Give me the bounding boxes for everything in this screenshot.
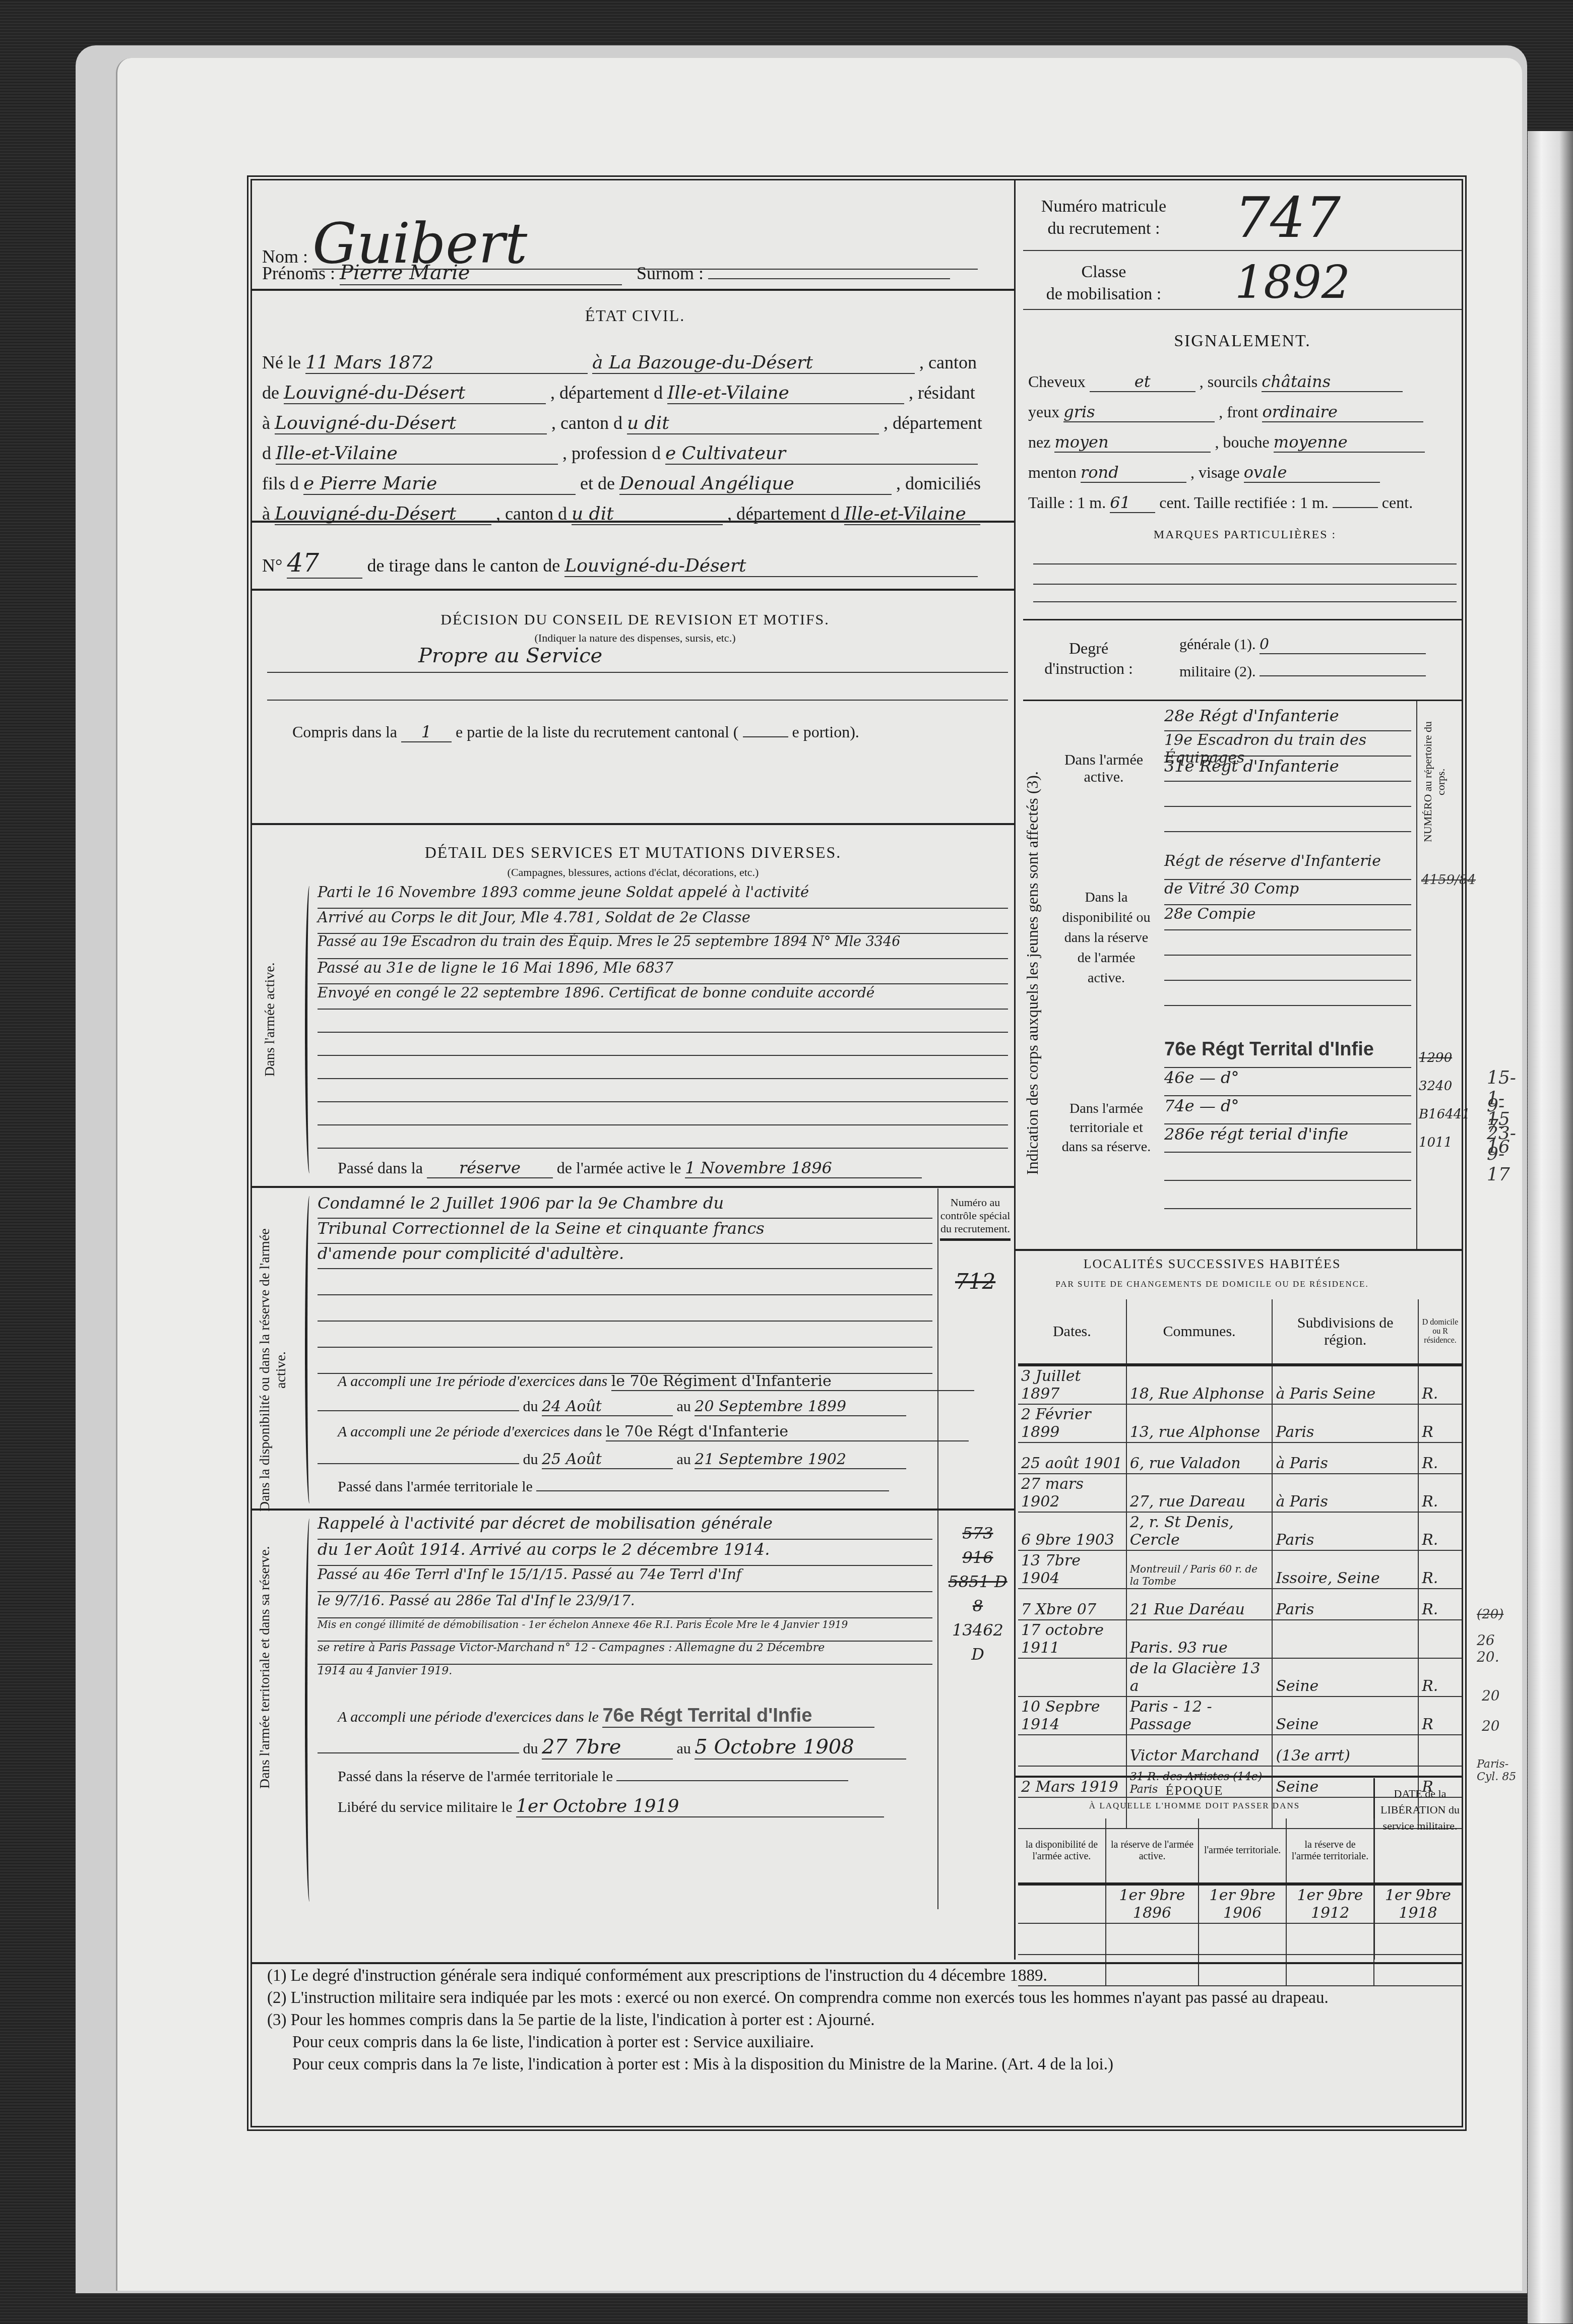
row-commune: 6, rue Valadon [1126,1442,1273,1474]
epoque-liberation: 1er 9bre 1918 [1374,1884,1462,1923]
row-dr [1418,1620,1462,1658]
ne-le-label: Né le [262,352,301,372]
service-line[interactable]: Envoyé en congé le 22 septembre 1896. Ce… [318,984,1008,1010]
d-label: d [262,443,271,463]
periode1-au-field[interactable]: 20 Septembre 1899 [695,1398,906,1416]
corps-affectes-side-label: Indication des corps auxquels les jeunes… [1023,716,1048,1230]
row-dr: R [1418,1404,1462,1442]
passe-reserve-field[interactable]: réserve [427,1158,553,1178]
localite-margin-note: 20 [1482,1687,1500,1704]
visage-label: , visage [1190,463,1240,481]
classe-label-1: Classe [1028,261,1179,283]
rule-services-active [252,1186,1014,1188]
localite-margin-note: Paris-Cyl. 85 [1477,1758,1522,1783]
controle-value: 8 [945,1594,1011,1618]
epoque-row[interactable]: 1er 9bre 1896 1er 9bre 1906 1er 9bre 191… [1018,1884,1462,1923]
corps-dispo-label: Dans la disponibilité ou dans la réserve… [1058,888,1154,988]
epoque-col: la réserve de l'armée active. [1106,1818,1199,1884]
surnom-label: Surnom : [637,263,704,283]
row-commune: de la Glacière 13 a [1126,1658,1273,1697]
mother-field[interactable]: Denoual Angélique [619,473,892,495]
row-date: 10 Sepbre 1914 [1018,1697,1126,1735]
sourcils-field[interactable]: châtains [1262,372,1403,392]
passe-territoriale-field[interactable] [536,1490,889,1491]
row-subdivision [1272,1620,1418,1658]
row-date: 2 Février 1899 [1018,1404,1126,1442]
conseil-line-2 [267,700,1008,701]
row-commune: 2, r. St Denis, Cercle [1126,1512,1273,1550]
column-divider-lower [1014,1249,1016,1960]
row-date: 17 octobre 1911 [1018,1620,1126,1658]
terr-line[interactable]: Passé au 46e Terrl d'Inf le 15/1/15. Pas… [318,1566,932,1592]
rule-services-dispo [252,1509,1014,1511]
localites-section: LOCALITÉS SUCCESSIVES HABITÉES PAR SUITE… [1018,1251,1467,1776]
surnom-field[interactable] [708,278,950,279]
row-subdivision: Seine [1272,1658,1418,1697]
epoque-section: ÉPOQUE À LAQUELLE L'HOMME DOIT PASSER DA… [1018,1778,1462,1960]
de-label: de [262,383,279,403]
corps-affectes-section: Indication des corps auxquels les jeunes… [1023,700,1462,1249]
localites-subtitle: PAR SUITE DE CHANGEMENTS DE DOMICILE OU … [1018,1279,1406,1289]
row-dr: R. [1418,1365,1462,1404]
yeux-label: yeux [1028,403,1059,421]
corps-terr-number: B16441 [1419,1100,1464,1128]
identity-block: Nom : Guibert Prénoms : Pierre Marie Sur… [262,191,1018,286]
corps-active-entry[interactable] [1164,807,1411,832]
passe-reserve-date-field[interactable]: 1 Novembre 1896 [685,1158,922,1178]
epoque-territoriale: 1er 9bre 1906 [1199,1884,1286,1923]
bouche-field[interactable]: moyenne [1274,432,1425,453]
row-dr: R. [1418,1474,1462,1512]
row-dr [1418,1735,1462,1766]
birth-canton-field[interactable]: Louvigné-du-Désert [284,383,546,404]
row-commune: Montreuil / Paris 60 r. de la Tombe [1126,1550,1273,1589]
epoque-col: l'armée territoriale. [1199,1818,1286,1884]
footnote: (1) Le degré d'instruction générale sera… [267,1965,1457,1987]
row-date [1018,1658,1126,1697]
periode1-label: A accompli une 1re période d'exercices d… [338,1373,607,1390]
instruction-militaire-field[interactable] [1260,675,1426,676]
footnote: (2) L'instruction militaire sera indiqué… [267,1987,1457,2009]
service-line[interactable]: Passé au 19e Escadron du train des Équip… [318,934,1008,959]
terr-date-note: 23-9-17 [1487,1123,1516,1185]
corps-terr-entry[interactable]: 76e Régt Territal d'Infie [1164,1039,1411,1068]
matricule-field[interactable]: 747 [1235,185,1341,250]
birth-place-field[interactable]: à La Bazouge-du-Désert [592,352,915,374]
controle-value: 5851 D [945,1569,1011,1594]
epoque-table: la disponibilité de l'armée active. la r… [1018,1818,1462,1986]
row-subdivision: à Paris [1272,1442,1418,1474]
row-subdivision: Seine [1272,1697,1418,1735]
tirage-label: de tirage dans le canton de [367,555,560,576]
col-communes: Communes. [1126,1299,1273,1365]
table-row[interactable]: 6 9bre 19032, r. St Denis, CercleParisR. [1018,1512,1462,1550]
table-row[interactable]: Victor Marchand(13e arrt) [1018,1735,1462,1766]
periode2-corps-field[interactable]: le 70e Régt d'Infanterie [606,1423,969,1441]
services-active-side-label: Dans l'armée active. [262,906,287,1133]
row-commune: Paris. 93 rue [1126,1620,1273,1658]
corps-active-entry[interactable]: 19e Escadron du train des Équipages [1164,731,1411,757]
periode3-au-label: au [677,1740,691,1757]
services-active-lines: Parti le 16 Novembre 1893 comme jeune So… [318,884,1008,1149]
row-dr: R. [1418,1550,1462,1589]
signalement-section: Cheveux et , sourcils châtains yeux gris… [1028,362,1462,634]
epoque-subtitle: À LAQUELLE L'HOMME DOIT PASSER DANS [1018,1801,1371,1811]
services-dispo-side-label: Dans la disponibilité ou dans la réserve… [257,1214,302,1526]
row-subdivision: Paris [1272,1404,1418,1442]
menton-label: menton [1028,463,1077,481]
residence-field[interactable]: Louvigné-du-Désert [275,413,547,434]
dispo-line[interactable]: d'amende pour complicité d'adultère. [318,1244,932,1269]
periode2-blank [318,1463,519,1464]
instruction-generale-label: générale (1). [1179,636,1256,653]
corps-active-entry[interactable]: 28e Régt d'Infanterie [1164,706,1411,731]
periode2-label: A accompli une 2e période d'exercices da… [338,1423,602,1440]
table-row[interactable]: 27 mars 190227, rue Dareauà ParisR. [1018,1474,1462,1512]
epoque-row[interactable] [1018,1923,1462,1955]
residant-label: , résidant [909,383,975,403]
corps-terr-entry[interactable] [1164,1181,1411,1209]
compris-label-3: e portion). [792,723,859,741]
father-field[interactable]: e Pierre Marie [303,473,576,495]
residant-a-label: à [262,413,270,433]
cheveux-field[interactable]: et [1090,372,1196,392]
taille-label: Taille : 1 m. [1028,493,1106,512]
matricule-form: Nom : Guibert Prénoms : Pierre Marie Sur… [247,175,1467,2131]
services-dispo-lines: Condamné le 2 Juillet 1906 par la 9e Cha… [318,1194,932,1374]
col-dates: Dates. [1018,1299,1126,1365]
numero-column-divider [1416,701,1417,1249]
terr-line[interactable]: le 9/7/16. Passé au 286e Tal d'Inf le 23… [318,1592,932,1618]
periode3-du-field[interactable]: 27 7bre [542,1735,673,1760]
service-line[interactable]: Parti le 16 Novembre 1893 comme jeune So… [318,884,1008,909]
passe-reserve-label: Passé dans la [338,1159,423,1177]
signalement-title: SIGNALEMENT. [1023,332,1462,351]
corps-terr-entries: 76e Régt Territal d'Infie 46e — d° 74e —… [1164,1039,1411,1209]
etat-civil-section: ÉTAT CIVIL. Né le 11 Mars 1872 à La Bazo… [262,296,1008,513]
fils-de-label: fils d [262,473,299,493]
row-date: 3 Juillet 1897 [1018,1365,1126,1404]
corps-terr-entry[interactable] [1164,1153,1411,1181]
instruction-generale-field[interactable]: 0 [1260,636,1426,654]
instruction-label-1: Degré [1038,638,1139,658]
periode2-du-label: du [523,1451,538,1468]
tirage-section: N° 47 de tirage dans le canton de Louvig… [262,528,1008,589]
corps-terr-number: 1011 [1419,1128,1464,1157]
corps-active-entry[interactable]: 31e Régt d'Infanterie [1164,757,1411,782]
rule-corps [1014,1249,1462,1251]
row-subdivision: à Paris Seine [1272,1365,1418,1404]
service-line[interactable]: Arrivé au Corps le dit Jour, Mle 4.781, … [318,909,1008,934]
visage-field[interactable]: ovale [1244,463,1380,483]
dispo-line[interactable] [318,1269,932,1295]
table-row[interactable]: 2 Février 189913, rue AlphonseParisR [1018,1404,1462,1442]
compris-label-2: e partie de la liste du recrutement cant… [456,723,739,741]
instruction-militaire-label: militaire (2). [1179,663,1256,680]
terr-line[interactable]: 1914 au 4 Janvier 1919. [318,1665,932,1685]
taille-rectifiee-label: cent. Taille rectifiée : 1 m. [1159,493,1329,512]
row-dr: R. [1418,1658,1462,1697]
terr-line[interactable]: du 1er Août 1914. Arrivé au corps le 2 d… [318,1540,932,1566]
row-date [1018,1735,1126,1766]
service-line[interactable]: Passé au 31e de ligne le 16 Mai 1896, Ml… [318,959,1008,984]
services-title: DÉTAIL DES SERVICES ET MUTATIONS DIVERSE… [252,843,1014,862]
periode2-au-field[interactable]: 21 Septembre 1902 [695,1451,906,1469]
services-dispo-brace [305,1196,314,1503]
epoque-reserve-territoriale: 1er 9bre 1912 [1286,1884,1374,1923]
localite-margin-note: 20 [1482,1718,1500,1734]
controle-value: 573 [945,1521,1011,1545]
footnote: (3) Pour les hommes compris dans la 5e p… [267,2009,1457,2031]
corps-terr-entry[interactable]: 46e — d° [1164,1068,1411,1096]
service-line[interactable] [318,1125,1008,1149]
corps-dispo-entry[interactable]: Régt de réserve d'Infanterie [1164,852,1411,880]
table-row[interactable]: 13 7bre 1904Montreuil / Paris 60 r. de l… [1018,1550,1462,1589]
libere-field[interactable]: 1er Octobre 1919 [516,1796,884,1817]
rule-tirage [252,589,1014,591]
conseil-line-1 [267,672,1008,673]
row-commune: 18, Rue Alphonse [1126,1365,1273,1404]
footnote: Pour ceux compris dans la 6e liste, l'in… [267,2031,1457,2053]
periode3-du-label: du [523,1740,538,1757]
tirage-number-field[interactable]: 47 [287,548,362,579]
rule-conseil [252,823,1014,825]
nez-field[interactable]: moyen [1054,432,1211,453]
passe-territoriale-label: Passé dans l'armée territoriale le [338,1478,533,1495]
departement2-label: , département [884,413,982,433]
row-date: 25 août 1901 [1018,1442,1126,1474]
periode3-au-field[interactable]: 5 Octobre 1908 [695,1735,906,1760]
tirage-canton-field[interactable]: Louvigné-du-Désert [564,555,978,577]
taille-field[interactable]: 61 [1110,493,1155,513]
residence-canton-field[interactable]: u dit [627,413,879,434]
corps-terr-entry[interactable]: 286e régt terial d'infie [1164,1124,1411,1153]
epoque-reserve-active: 1er 9bre 1896 [1106,1884,1199,1923]
marques-line-1[interactable] [1033,563,1457,564]
yeux-field[interactable]: gris [1063,402,1215,422]
row-dr: R. [1418,1512,1462,1550]
tirage-no-label: N° [262,555,282,576]
table-row[interactable]: 10 Sepbre 1914Paris - 12 - PassageSeineR [1018,1697,1462,1735]
marques-title: MARQUES PARTICULIÈRES : [1028,528,1462,542]
birth-departement-field[interactable]: Ille-et-Vilaine [667,383,904,404]
rule-header [252,289,1014,291]
row-subdivision: à Paris [1272,1474,1418,1512]
service-line[interactable] [318,1056,1008,1079]
conseil-decision-field[interactable]: Propre au Service [418,644,602,667]
footnotes: (1) Le degré d'instruction générale sera… [267,1965,1457,2076]
libere-label: Libéré du service militaire le [338,1799,513,1815]
row-commune: 21 Rue Daréau [1126,1589,1273,1620]
periode2-du-field[interactable]: 25 Août [542,1451,673,1469]
services-subtitle: (Campagnes, blessures, actions d'éclat, … [252,866,1014,879]
sourcils-label: , sourcils [1200,372,1258,391]
service-line[interactable] [318,1102,1008,1125]
dispo-line[interactable] [318,1322,932,1348]
marques-line-2[interactable] [1033,584,1457,585]
periode1-blank [318,1410,519,1411]
terr-line[interactable]: se retire à Paris Passage Victor-Marchan… [318,1642,932,1665]
services-terr-brace [305,1519,314,1902]
front-field[interactable]: ordinaire [1262,402,1423,422]
localites-table-wrap: Dates. Communes. Subdivisions de région.… [1018,1299,1462,1829]
row-date: 6 9bre 1903 [1018,1512,1126,1550]
services-section: DÉTAIL DES SERVICES ET MUTATIONS DIVERSE… [252,831,1014,1965]
services-terr-lines: Rappelé à l'activité par décret de mobil… [318,1514,932,1685]
prenoms-label: Prénoms : [262,263,335,283]
departement-label: , département d [550,383,663,403]
controle-column-divider [937,1188,938,1909]
table-row[interactable]: 7 Xbre 0721 Rue DaréauParisR. [1018,1589,1462,1620]
portion-field[interactable] [743,736,788,737]
service-line[interactable] [318,1079,1008,1102]
prenoms-field[interactable]: Pierre Marie [340,261,622,285]
cent-label: cent. [1382,493,1413,512]
services-terr-side-label: Dans l'armée territoriale et dans sa rés… [257,1526,302,1808]
row-commune: 13, rue Alphonse [1126,1404,1273,1442]
col-subdivisions: Subdivisions de région. [1272,1299,1418,1365]
row-dr: R. [1418,1589,1462,1620]
row-date: 7 Xbre 07 [1018,1589,1126,1620]
conseil-title: DÉCISION DU CONSEIL DE REVISION ET MOTIF… [262,611,1008,629]
controle-header: Numéro au contrôle spécial du recrutemen… [940,1196,1011,1241]
row-date: 27 mars 1902 [1018,1474,1126,1512]
conseil-subtitle: (Indiquer la nature des dispenses, sursi… [262,632,1008,645]
numero-repertoire-header: NUMÉRO au répertoire du corps. [1421,711,1457,852]
canton-label: , canton [919,352,977,372]
epoque-disponibilite [1018,1884,1106,1923]
profession-field[interactable]: e Cultivateur [665,443,978,465]
corps-dispo-entry-text: de Vitré 30 Comp [1164,880,1299,898]
dispo-line[interactable]: Tribunal Correctionnel de la Seine et ci… [318,1219,932,1244]
row-subdivision: Paris [1272,1589,1418,1620]
periode1-du-field[interactable]: 24 Août [542,1398,673,1416]
service-line[interactable] [318,1033,1008,1056]
periode3-label: A accompli une période d'exercices dans … [338,1709,599,1725]
corps-dispo-entry[interactable]: 28e Compie [1164,905,1411,930]
compris-partie-field[interactable]: 1 [401,722,452,742]
canton2-label: , canton d [551,413,622,433]
row-subdivision: Issoire, Seine [1272,1550,1418,1589]
profession-label: , profession d [562,443,661,463]
dispo-line[interactable] [318,1295,932,1322]
periode1-au-label: au [677,1398,691,1415]
corps-dispo-entry[interactable]: de Vitré 30 Comp [1164,880,1411,905]
bouche-label: , bouche [1215,433,1269,451]
domicilies-label: , domiciliés [896,473,981,493]
terr-line[interactable]: Rappelé à l'activité par décret de mobil… [318,1514,932,1540]
localite-margin-note: (20) [1477,1607,1503,1622]
column-divider [1014,180,1016,1249]
service-line[interactable] [318,1010,1008,1033]
controle-values-terr: 573 916 5851 D 8 13462 D [945,1521,1011,1666]
periode3-corps-field[interactable]: 76e Régt Territal d'Infie [602,1705,874,1728]
table-row[interactable]: 17 octobre 1911Paris. 93 rue [1018,1620,1462,1658]
taille-rectifiee-field[interactable] [1333,507,1378,508]
row-subdivision: (13e arrt) [1272,1735,1418,1766]
corps-dispo-entries: Régt de réserve d'Infanterie de Vitré 30… [1164,852,1411,1006]
periode2-au-label: au [677,1451,691,1468]
footnote: Pour ceux compris dans la 7e liste, l'in… [267,2053,1457,2076]
matricule-label-1: Numéro matricule [1028,196,1179,218]
col-domicile-residence: D domicile ou R résidence. [1418,1299,1462,1365]
matricule-block: Numéro matricule du recrutement : 747 Cl… [1023,185,1462,357]
residence-departement-field[interactable]: Ille-et-Vilaine [276,443,558,465]
row-subdivision: Paris [1272,1512,1418,1550]
corps-dispo-number: 4159/84 [1421,872,1476,888]
row-dr: R. [1418,1442,1462,1474]
controle-value: 13462 D [945,1618,1011,1666]
classe-field[interactable]: 1892 [1235,256,1350,309]
corps-dispo-entry[interactable] [1164,930,1411,956]
rule-localites [1014,1776,1462,1778]
controle-value: 916 [945,1545,1011,1569]
epoque-col-liberation [1374,1818,1462,1884]
table-row[interactable]: 3 Juillet 189718, Rue Alphonseà Paris Se… [1018,1365,1462,1404]
matricule-label-2: du recrutement : [1028,218,1179,240]
row-commune: 27, rue Dareau [1126,1474,1273,1512]
corps-active-entries: 28e Régt d'Infanterie 19e Escadron du tr… [1164,706,1411,832]
terr-line[interactable]: Mis en congé illimité de démobilisation … [318,1618,932,1642]
corps-terr-entry[interactable]: 74e — d° [1164,1096,1411,1124]
periode1-du-label: du [523,1398,538,1415]
front-label: , front [1219,403,1258,421]
passe-res-terr-label: Passé dans la réserve de l'armée territo… [338,1768,613,1785]
birth-date-field[interactable]: 11 Mars 1872 [305,352,588,374]
corps-terr-label: Dans l'armée territoriale et dans sa rés… [1058,1099,1154,1157]
epoque-col: la disponibilité de l'armée active. [1018,1818,1106,1884]
epoque-col: la réserve de l'armée territoriale. [1286,1818,1374,1884]
localite-margin-note: 26 20. [1477,1632,1499,1665]
epoque-title: ÉPOQUE [1018,1783,1371,1798]
corps-active-entry[interactable] [1164,782,1411,807]
dispo-line[interactable]: Condamné le 2 Juillet 1906 par la 9e Cha… [318,1194,932,1219]
dispo-line[interactable] [318,1348,932,1374]
controle-value-dispo: 712 [955,1269,995,1294]
localites-table: Dates. Communes. Subdivisions de région.… [1018,1299,1462,1829]
corps-active-label: Dans l'armée active. [1058,751,1149,786]
classe-label-2: de mobilisation : [1028,283,1179,305]
instruction-label-2: d'instruction : [1038,658,1139,678]
rule-etat-civil [252,521,1014,523]
periode3-blank [318,1752,519,1753]
periode1-corps-field[interactable]: le 70e Régiment d'Infanterie [611,1372,974,1391]
localites-title: LOCALITÉS SUCCESSIVES HABITÉES [1018,1257,1406,1272]
table-row[interactable]: 25 août 19016, rue Valadonà ParisR. [1018,1442,1462,1474]
table-row[interactable]: de la Glacière 13 aSeineR. [1018,1658,1462,1697]
corps-dispo-entry[interactable] [1164,981,1411,1006]
corps-dispo-entry[interactable] [1164,956,1411,981]
et-de-label: et de [580,473,615,493]
compris-label: Compris dans la [292,723,397,741]
services-active-brace [305,886,314,1173]
instruction-section: Degré d'instruction : générale (1). 0 mi… [1023,619,1462,695]
menton-field[interactable]: rond [1081,463,1186,483]
passe-res-terr-field[interactable] [616,1780,848,1781]
nez-label: nez [1028,433,1050,451]
marques-line-3[interactable] [1033,601,1457,602]
rule-footnotes [252,1962,1462,1964]
cheveux-label: Cheveux [1028,372,1086,391]
row-dr: R [1418,1697,1462,1735]
row-commune: Paris - 12 - Passage [1126,1697,1273,1735]
row-date: 13 7bre 1904 [1018,1550,1126,1589]
corps-terr-number: 3240 [1419,1072,1464,1100]
row-commune: Victor Marchand [1126,1735,1273,1766]
corps-terr-number: 1290 [1419,1044,1464,1072]
etat-civil-title: ÉTAT CIVIL. [262,306,1008,325]
page-curl-shadow [1528,131,1573,2323]
